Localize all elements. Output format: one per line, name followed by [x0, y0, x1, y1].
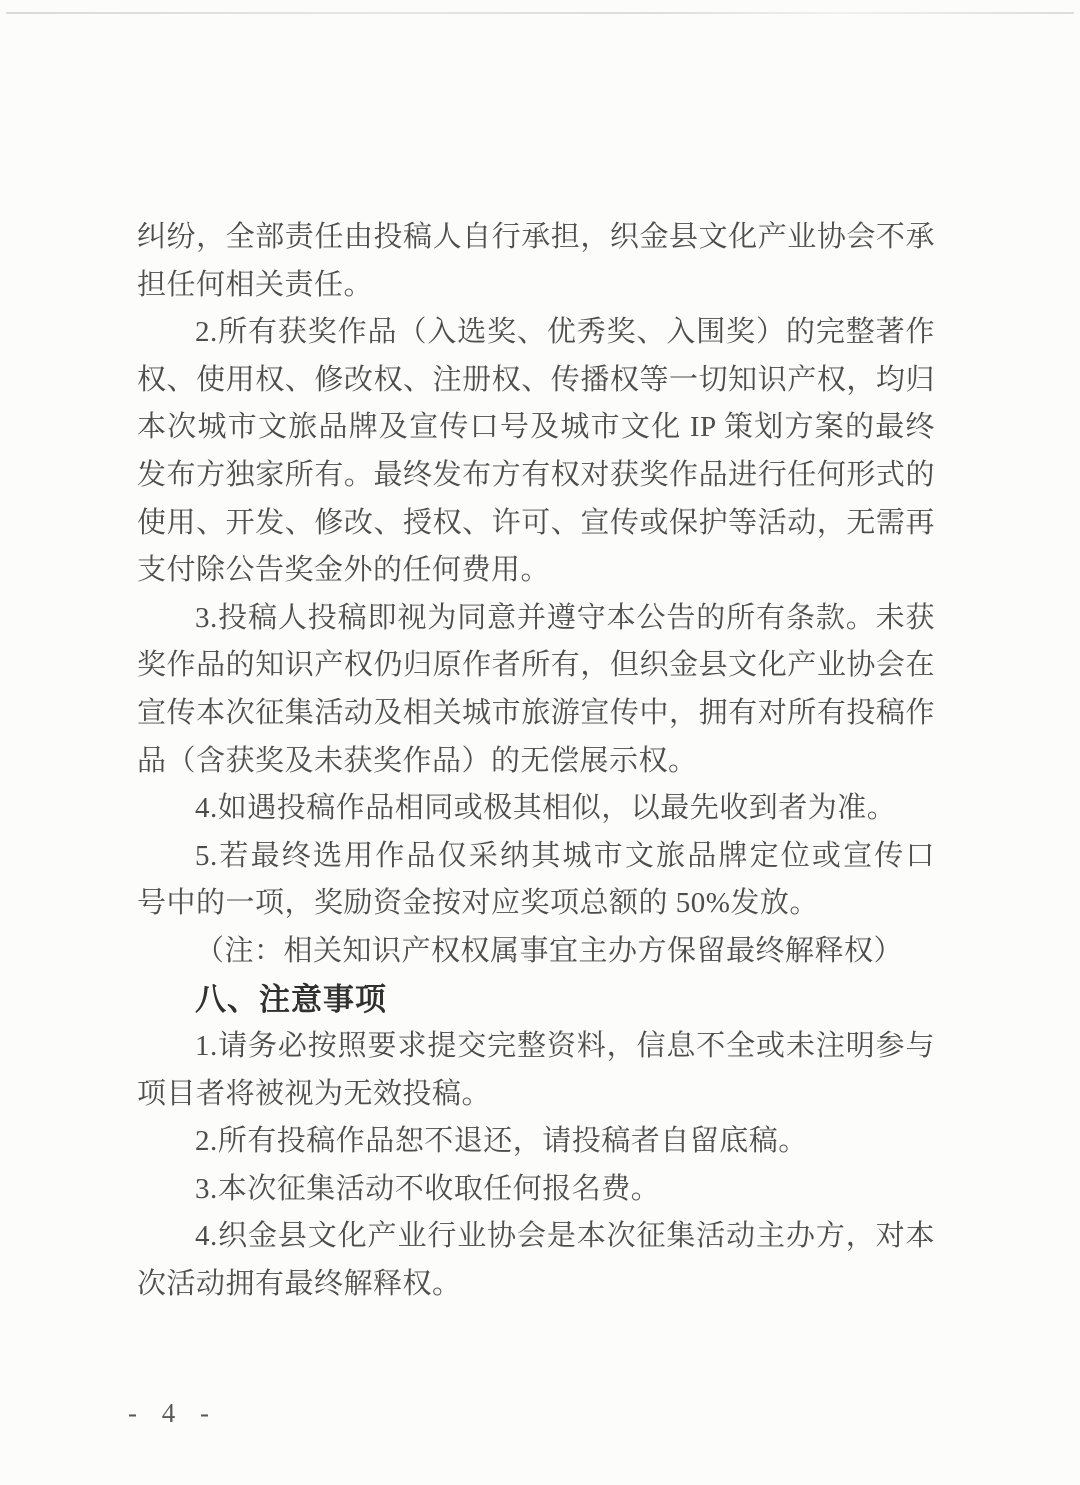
body-line: 纠纷，全部责任由投稿人自行承担，织金县文化产业协会不承 [137, 214, 935, 262]
document-page: 纠纷，全部责任由投稿人自行承担，织金县文化产业协会不承 担任何相关责任。 2.所… [0, 0, 1080, 1485]
section-heading: 八、注意事项 [137, 976, 935, 1024]
page-number: - 4 - [128, 1398, 218, 1429]
body-line: 发布方独家所有。最终发布方有权对获奖作品进行任何形式的 [137, 452, 935, 500]
scan-top-edge-line [6, 12, 1074, 14]
body-line: 宣传本次征集活动及相关城市旅游宣传中，拥有对所有投稿作 [137, 690, 935, 738]
body-line: 5.若最终选用作品仅采纳其城市文旅品牌定位或宣传口 [137, 833, 935, 881]
body-line: 4.织金县文化产业行业协会是本次征集活动主办方，对本 [137, 1213, 935, 1261]
body-line: 本次城市文旅品牌及宣传口号及城市文化 IP 策划方案的最终 [137, 404, 935, 452]
document-body: 纠纷，全部责任由投稿人自行承担，织金县文化产业协会不承 担任何相关责任。 2.所… [137, 214, 935, 1309]
body-line: 奖作品的知识产权仍归原作者所有，但织金县文化产业协会在 [137, 642, 935, 690]
body-line: 支付除公告奖金外的任何费用。 [137, 547, 935, 595]
body-line: 3.投稿人投稿即视为同意并遵守本公告的所有条款。未获 [137, 595, 935, 643]
body-line: 使用、开发、修改、授权、许可、宣传或保护等活动，无需再 [137, 500, 935, 548]
body-line: 4.如遇投稿作品相同或极其相似，以最先收到者为准。 [137, 785, 935, 833]
body-line: 号中的一项，奖励资金按对应奖项总额的 50%发放。 [137, 880, 935, 928]
body-line: 品（含获奖及未获奖作品）的无偿展示权。 [137, 738, 935, 786]
body-line: 1.请务必按照要求提交完整资料，信息不全或未注明参与 [137, 1023, 935, 1071]
body-line: （注：相关知识产权权属事宜主办方保留最终解释权） [137, 928, 935, 976]
body-line: 次活动拥有最终解释权。 [137, 1261, 935, 1309]
body-line: 权、使用权、修改权、注册权、传播权等一切知识产权，均归 [137, 357, 935, 405]
body-line: 3.本次征集活动不收取任何报名费。 [137, 1166, 935, 1214]
body-line: 2.所有获奖作品（入选奖、优秀奖、入围奖）的完整著作 [137, 309, 935, 357]
body-line: 项目者将被视为无效投稿。 [137, 1071, 935, 1119]
body-line: 2.所有投稿作品恕不退还，请投稿者自留底稿。 [137, 1118, 935, 1166]
body-line: 担任何相关责任。 [137, 262, 935, 310]
